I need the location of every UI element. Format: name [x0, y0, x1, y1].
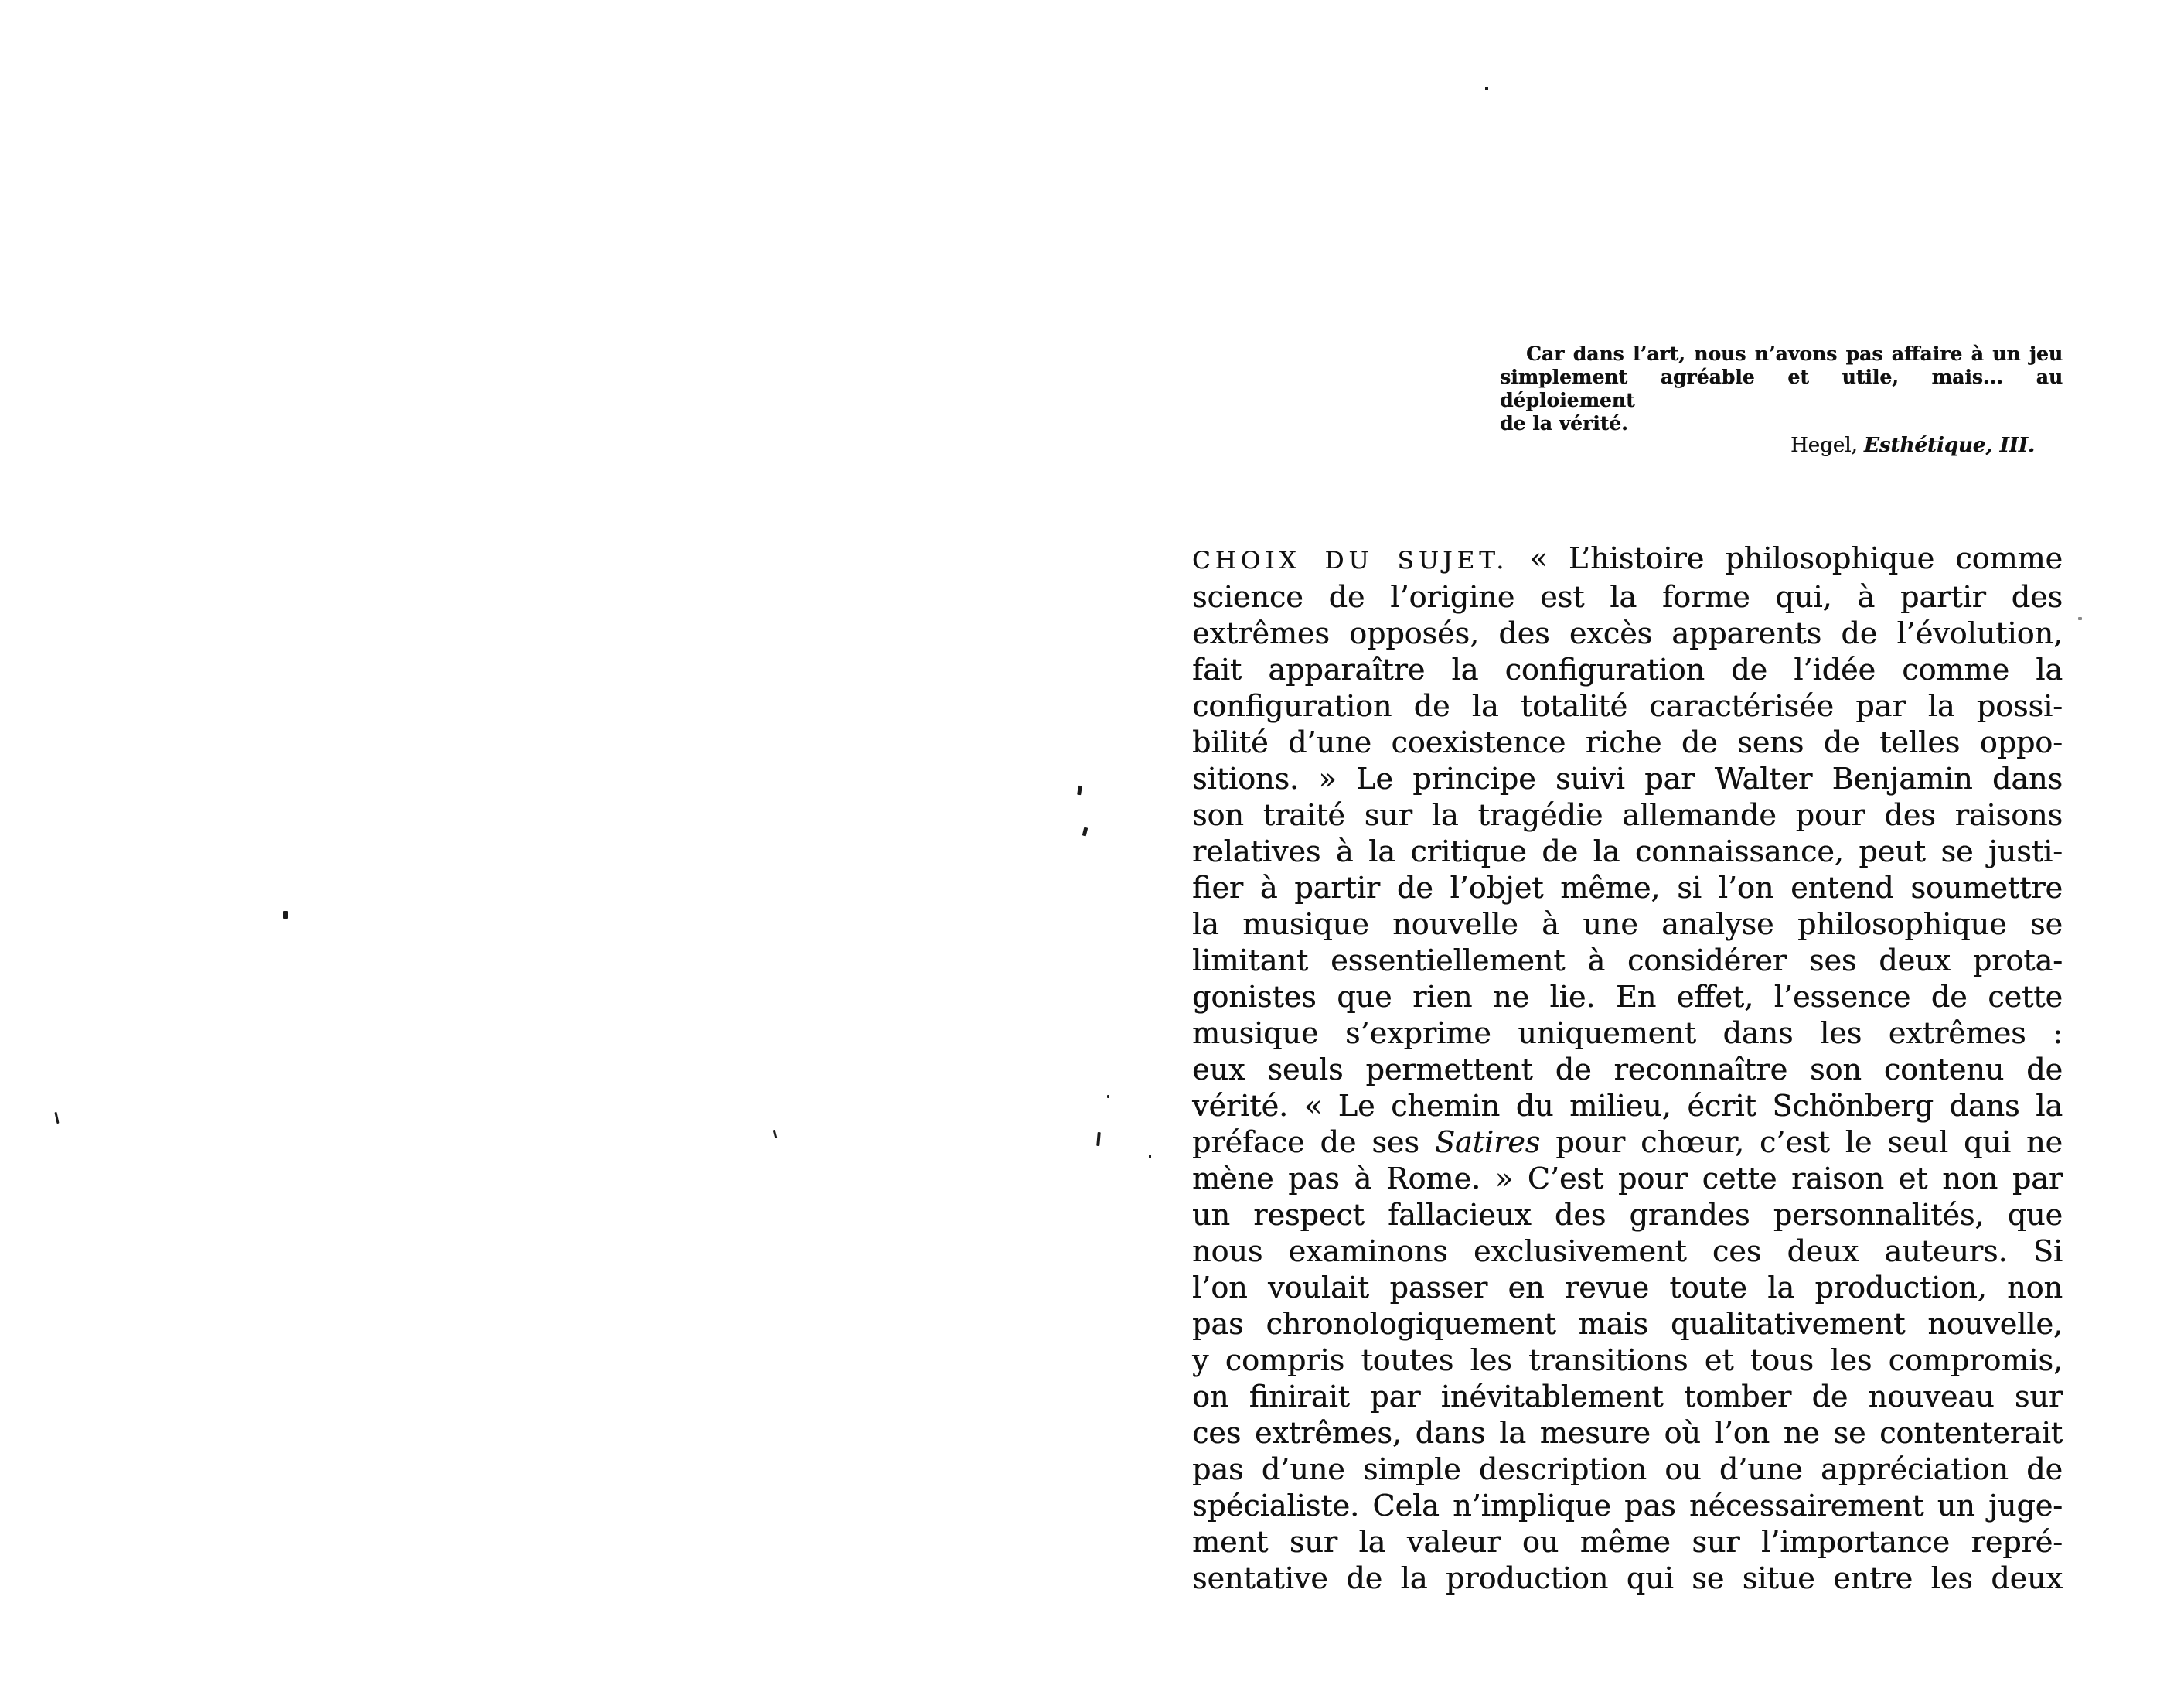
- text-line: relatives à la critique de la connaissan…: [1192, 834, 2063, 870]
- attribution-author: Hegel,: [1790, 434, 1864, 457]
- text-line: ces extrêmes, dans la mesure où l’on ne …: [1192, 1415, 2063, 1451]
- line-text: préface de ses: [1192, 1125, 1435, 1159]
- line-text: un respect fallacieux des grandes person…: [1192, 1198, 2063, 1232]
- text-line: pas chronologiquement mais qualitativeme…: [1192, 1306, 2063, 1342]
- line-text: limitant essentiellement à considérer se…: [1192, 943, 2063, 977]
- text-line: eux seuls permettent de reconnaître son …: [1192, 1052, 2063, 1088]
- line-text: son traité sur la tragédie allemande pou…: [1192, 798, 2063, 832]
- line-text: musique s’exprime uniquement dans les ex…: [1192, 1016, 2063, 1050]
- text-line: musique s’exprime uniquement dans les ex…: [1192, 1015, 2063, 1052]
- text-line: un respect fallacieux des grandes person…: [1192, 1197, 2063, 1233]
- text-line: mène pas à Rome. » C’est pour cette rais…: [1192, 1161, 2063, 1197]
- text-line: l’on voulait passer en revue toute la pr…: [1192, 1270, 2063, 1306]
- text-line: sentative de la production qui se situe …: [1192, 1561, 2063, 1597]
- text-line: fait apparaître la configuration de l’id…: [1192, 652, 2063, 688]
- scan-speck: [283, 911, 288, 919]
- text-line: ment sur la valeur ou même sur l’importa…: [1192, 1524, 2063, 1561]
- line-text: « L’histoire philosophique comme: [1508, 541, 2063, 575]
- line-text: ces extrêmes, dans la mesure où l’on ne …: [1192, 1416, 2063, 1450]
- book-page: Car dans l’art, nous n’avons pas affaire…: [0, 0, 2184, 1685]
- small-caps-lead: CHOIX DU SUJET.: [1192, 547, 1508, 575]
- text-line: CHOIX DU SUJET. « L’histoire philosophiq…: [1192, 541, 2063, 579]
- scan-speck: [773, 1130, 778, 1138]
- text-line: la musique nouvelle à une analyse philos…: [1192, 906, 2063, 943]
- text-line: préface de ses Satires pour chœur, c’est…: [1192, 1124, 2063, 1161]
- line-text: on finirait par inévitablement tomber de…: [1192, 1380, 2063, 1414]
- line-text: y compris toutes les transitions et tous…: [1192, 1343, 2063, 1377]
- line-text: pas chronologiquement mais qualitativeme…: [1192, 1307, 2063, 1341]
- line-text: spécialiste. Cela n’implique pas nécessa…: [1192, 1489, 2063, 1523]
- scan-speck: [1149, 1155, 1151, 1158]
- line-text: sitions. » Le principe suivi par Walter …: [1192, 762, 2063, 796]
- italic-title: Satires: [1435, 1125, 1540, 1159]
- line-text: Car dans l’art, nous n’avons pas affaire…: [1526, 343, 2063, 365]
- line-text: mène pas à Rome. » C’est pour cette rais…: [1192, 1161, 2063, 1196]
- epigraph-attribution: Hegel, Esthétique, III.: [1790, 433, 2035, 458]
- scan-speck: [1082, 827, 1089, 837]
- line-text: la musique nouvelle à une analyse philos…: [1192, 907, 2063, 941]
- line-text: simplement agréable et utile, mais... au…: [1500, 366, 2063, 411]
- line-text: vérité. « Le chemin du milieu, écrit Sch…: [1192, 1089, 2063, 1123]
- text-line: limitant essentiellement à considérer se…: [1192, 943, 2063, 979]
- scan-speck: [1096, 1132, 1101, 1146]
- line-text: eux seuls permettent de reconnaître son …: [1192, 1052, 2063, 1086]
- scan-speck: [1107, 1095, 1109, 1098]
- text-line: bilité d’une coexistence riche de sens d…: [1192, 725, 2063, 761]
- line-text: ment sur la valeur ou même sur l’importa…: [1192, 1525, 2063, 1559]
- line-text: pas d’une simple description ou d’une ap…: [1192, 1452, 2063, 1486]
- scan-speck: [1077, 786, 1082, 796]
- line-text: l’on voulait passer en revue toute la pr…: [1192, 1271, 2063, 1305]
- scan-speck: [54, 1112, 59, 1124]
- line-text: de la vérité.: [1500, 412, 1628, 435]
- line-text: extrêmes opposés, des excès apparents de…: [1192, 616, 2063, 650]
- line-text: science de l’origine est la forme qui, à…: [1192, 580, 2063, 614]
- text-line: on finirait par inévitablement tomber de…: [1192, 1379, 2063, 1415]
- text-line: pas d’une simple description ou d’une ap…: [1192, 1451, 2063, 1488]
- text-line: sitions. » Le principe suivi par Walter …: [1192, 761, 2063, 797]
- line-text: relatives à la critique de la connaissan…: [1192, 834, 2063, 868]
- text-line: Car dans l’art, nous n’avons pas affaire…: [1500, 343, 2063, 366]
- scan-speck: [1485, 87, 1488, 90]
- body-text: CHOIX DU SUJET. « L’histoire philosophiq…: [1192, 541, 2063, 1597]
- text-line: extrêmes opposés, des excès apparents de…: [1192, 616, 2063, 652]
- line-text: nous examinons exclusivement ces deux au…: [1192, 1234, 2063, 1268]
- text-line: de la vérité.: [1500, 412, 2063, 435]
- line-text: fait apparaître la configuration de l’id…: [1192, 653, 2063, 687]
- attribution-work-title: Esthétique, III.: [1864, 434, 2035, 457]
- line-text: fier à partir de l’objet même, si l’on e…: [1192, 871, 2063, 905]
- text-line: gonistes que rien ne lie. En effet, l’es…: [1192, 979, 2063, 1015]
- line-text: configuration de la totalité caractérisé…: [1192, 689, 2063, 723]
- line-text: bilité d’une coexistence riche de sens d…: [1192, 725, 2063, 759]
- text-line: simplement agréable et utile, mais... au…: [1500, 366, 2063, 412]
- text-line: configuration de la totalité caractérisé…: [1192, 688, 2063, 725]
- epigraph-quote: Car dans l’art, nous n’avons pas affaire…: [1500, 343, 2063, 435]
- text-line: spécialiste. Cela n’implique pas nécessa…: [1192, 1488, 2063, 1524]
- text-line: science de l’origine est la forme qui, à…: [1192, 579, 2063, 616]
- text-line: nous examinons exclusivement ces deux au…: [1192, 1233, 2063, 1270]
- text-line: y compris toutes les transitions et tous…: [1192, 1342, 2063, 1379]
- text-line: fier à partir de l’objet même, si l’on e…: [1192, 870, 2063, 906]
- scan-speck: [2078, 617, 2082, 620]
- text-line: vérité. « Le chemin du milieu, écrit Sch…: [1192, 1088, 2063, 1124]
- line-text: gonistes que rien ne lie. En effet, l’es…: [1192, 980, 2063, 1014]
- line-text: sentative de la production qui se situe …: [1192, 1561, 2063, 1595]
- line-text: pour chœur, c’est le seul qui ne: [1540, 1125, 2063, 1159]
- text-line: son traité sur la tragédie allemande pou…: [1192, 797, 2063, 834]
